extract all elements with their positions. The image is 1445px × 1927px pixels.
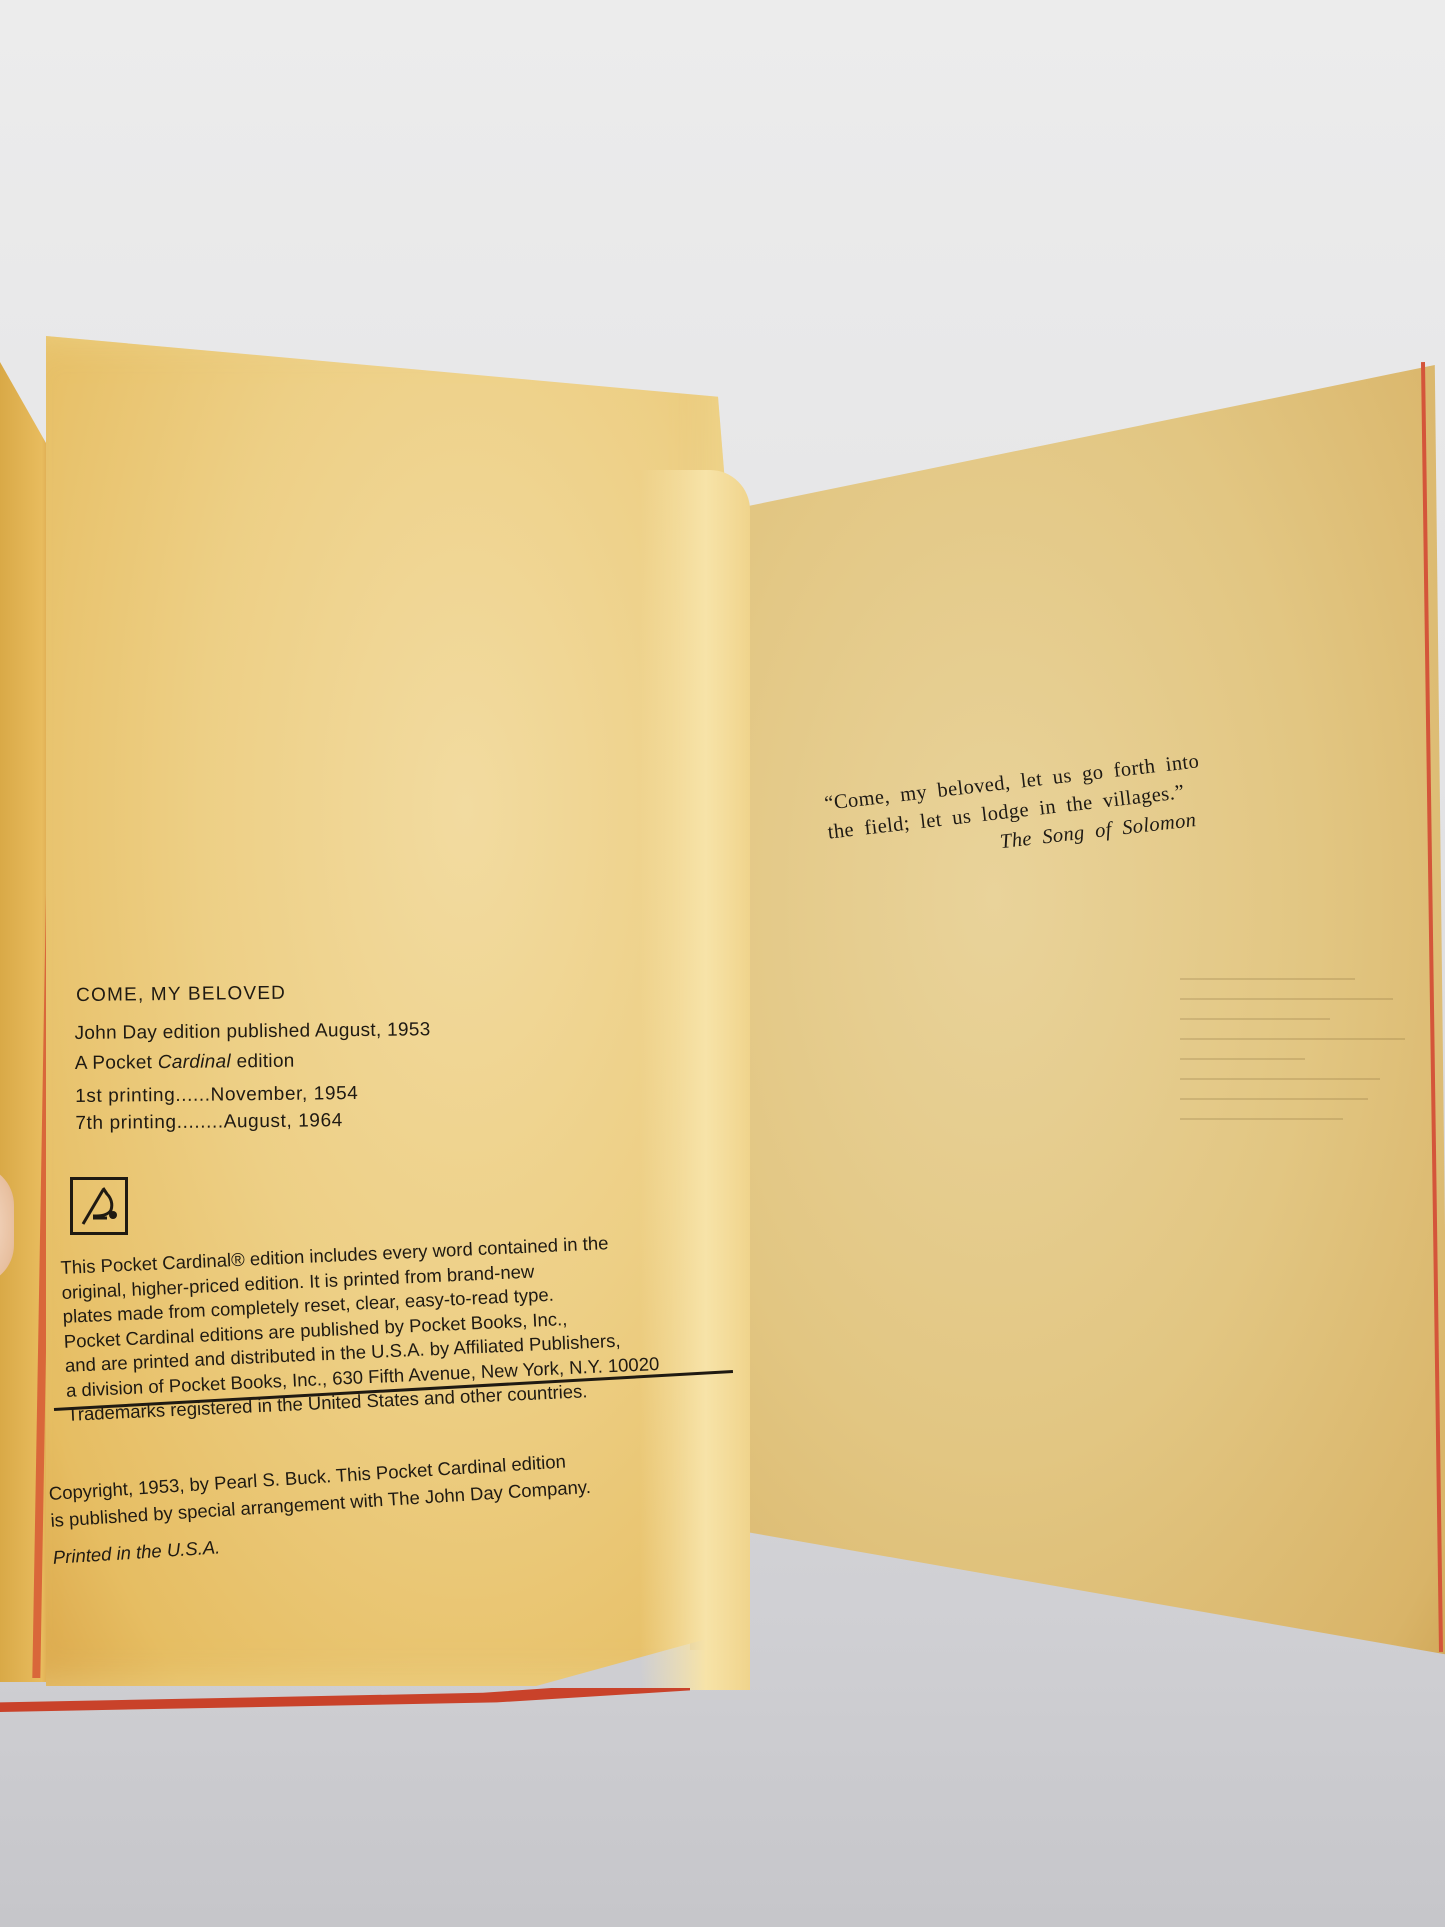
pocket-line-pre: A Pocket: [75, 1052, 158, 1074]
colophon: COME, MY BELOVED John Day edition publis…: [74, 979, 636, 1137]
left-page-red-edge: [0, 1688, 690, 1712]
book-title: COME, MY BELOVED: [76, 979, 634, 1007]
photo-scene: COME, MY BELOVED John Day edition publis…: [0, 0, 1445, 1927]
show-through-text: [1180, 960, 1430, 1290]
cardinal-bird-icon: [70, 1177, 128, 1235]
pocket-line-italic: Cardinal: [158, 1051, 231, 1073]
edition-line: John Day edition published August, 1953: [74, 1017, 634, 1045]
pocket-line-post: edition: [231, 1051, 295, 1073]
publisher-notice: This Pocket Cardinal® edition includes e…: [60, 1226, 727, 1427]
pocket-cardinal-line: A Pocket Cardinal edition: [75, 1047, 635, 1075]
